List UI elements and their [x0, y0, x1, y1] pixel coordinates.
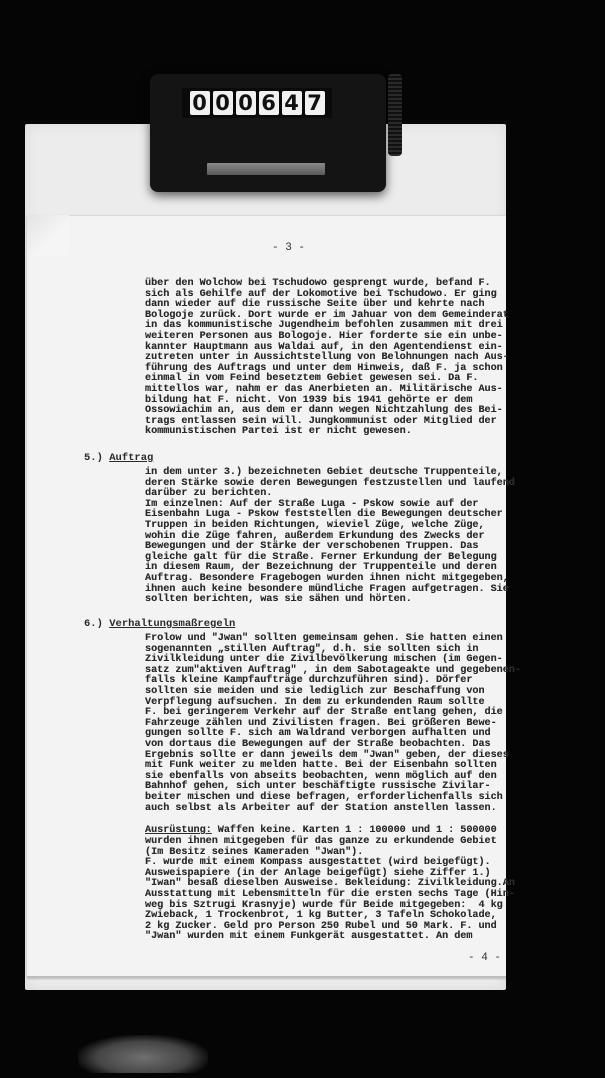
text-line: in dem unter 3.) bezeichneten Gebiet deu… [145, 468, 515, 479]
text-line: beiter mischen und diese befragen, erfor… [145, 793, 521, 804]
frame-counter-device: 0 0 0 6 4 7 [150, 74, 386, 192]
section-title: Verhaltungsmaßregeln [109, 618, 235, 630]
text-line: sollten berichten, was sie sähen und hör… [145, 595, 515, 606]
text-line: Auftrag. Besondere Fragebogen wurden ihn… [145, 574, 515, 585]
counter-digit: 6 [259, 91, 279, 115]
text-line: wurden ihnen mitgegeben für das ganze zu… [145, 837, 515, 848]
page-number-bottom: - 4 - [468, 952, 501, 964]
section-number: 6.) [84, 618, 103, 630]
text-line: Frolow und "Jwan" sollten gemeinsam gehe… [145, 634, 521, 645]
intro-paragraph: über den Wolchow bei Tschudowo gesprengt… [145, 279, 509, 438]
counter-digit: 4 [282, 91, 302, 115]
film-smudge [78, 1035, 208, 1073]
text-line: Ausstattung mit Lebensmitteln für die er… [145, 890, 515, 901]
text-line: weiteren Personen aus Bologoje. Hier for… [145, 332, 509, 343]
section-number: 5.) [84, 452, 103, 464]
text-line: Truppen in beiden Richtungen, wieviel Zü… [145, 521, 515, 532]
page-fold [27, 215, 69, 255]
text-line: kommunistischen Partei ist er nicht gewe… [145, 427, 509, 438]
counter-digit: 7 [305, 91, 325, 115]
section-5-heading: 5.) Auftrag [84, 452, 153, 464]
text-line: über den Wolchow bei Tschudowo gesprengt… [145, 279, 509, 290]
counter-digit: 0 [236, 91, 256, 115]
counter-digit: 0 [190, 91, 210, 115]
text-line: von dortaus die Bewegungen auf der Straß… [145, 740, 521, 751]
counter-wheel-icon [388, 74, 402, 156]
section-title: Auftrag [109, 452, 153, 464]
equipment-first-line: Ausrüstung: Waffen keine. Karten 1 : 100… [145, 826, 497, 837]
text-line: auch selbst als Arbeiter auf der Station… [145, 804, 521, 815]
equipment-first-line-text: Waffen keine. Karten 1 : 100000 und 1 : … [212, 825, 497, 836]
section-6-body: Frolow und "Jwan" sollten gemeinsam gehe… [145, 634, 521, 814]
page-number-top: - 3 - [272, 242, 305, 254]
counter-digit: 0 [213, 91, 233, 115]
counter-display: 0 0 0 6 4 7 [182, 88, 332, 118]
section-6-heading: 6.) Verhaltungsmaßregeln [84, 618, 235, 630]
text-line: mittellos war, nahm er das Anerbieten an… [145, 385, 509, 396]
text-line: "Jwan" wurden mit einem Funkgerät ausges… [145, 932, 515, 943]
equipment-label: Ausrüstung: [145, 825, 212, 836]
equipment-body: wurden ihnen mitgegeben für das ganze zu… [145, 837, 515, 943]
section-5-body: in dem unter 3.) bezeichneten Gebiet deu… [145, 468, 515, 606]
text-line: sollten sie meiden und sie lediglich zur… [145, 687, 521, 698]
counter-nameplate [207, 163, 325, 175]
